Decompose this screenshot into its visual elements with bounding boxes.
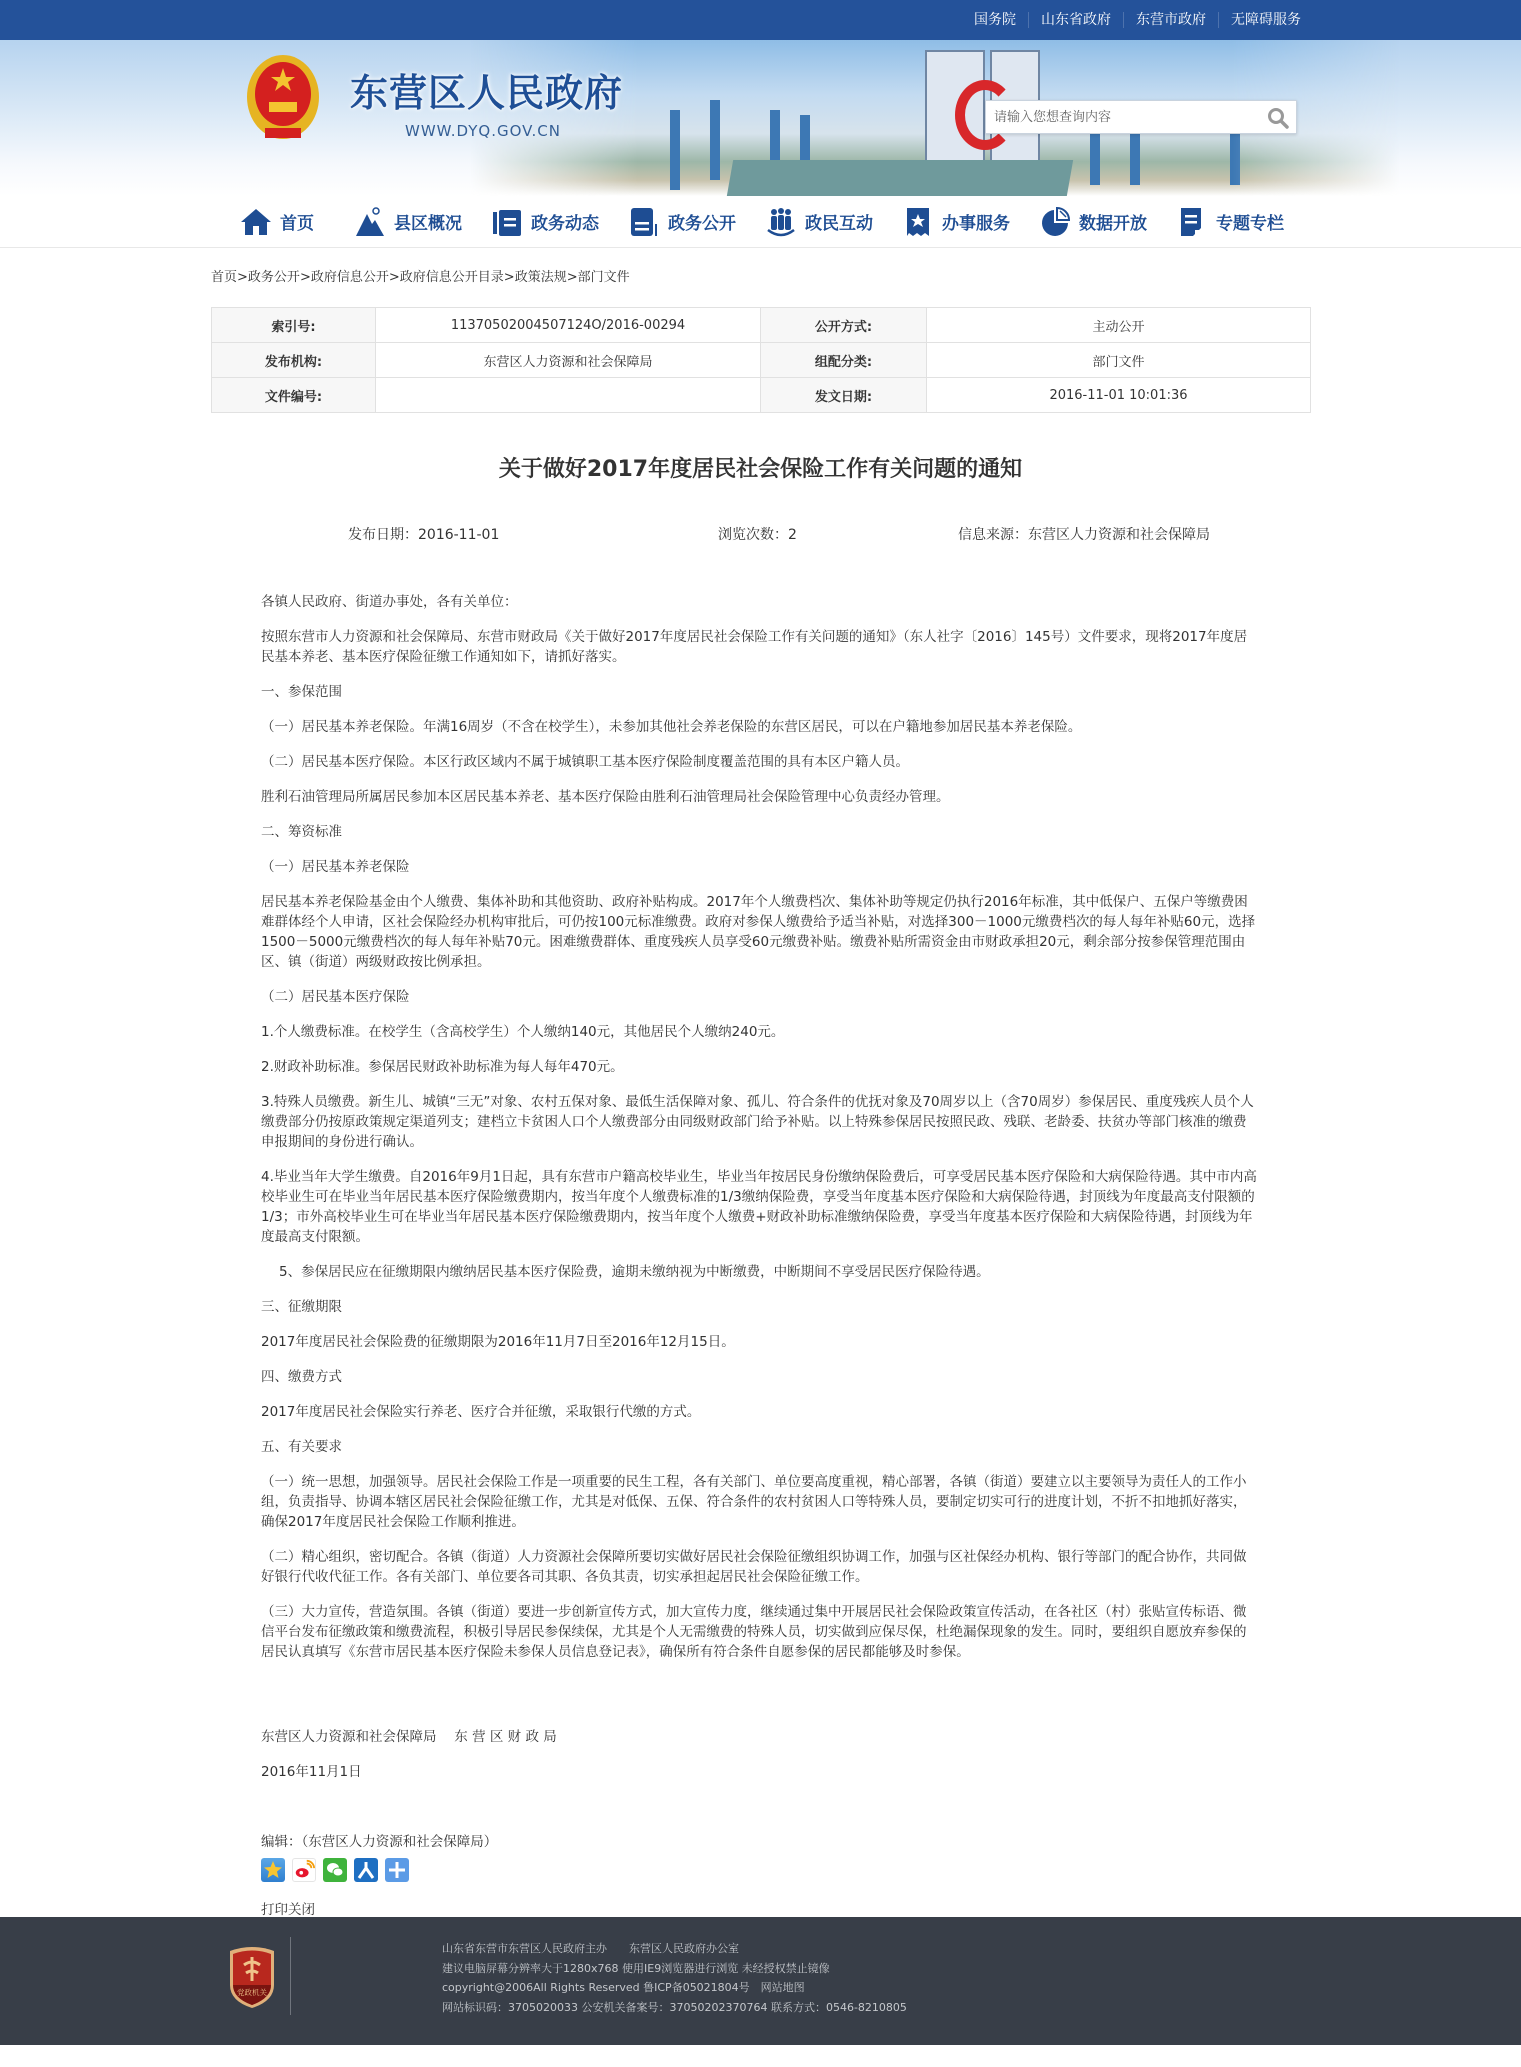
footer-line: 网站标识码：3705020033 公安机关备案号：37050202370764 …	[442, 1998, 907, 2018]
meta-value: 东营区人力资源和社会保障局	[376, 343, 761, 378]
section-heading: 四、缴费方式	[261, 1367, 1259, 1387]
national-emblem-icon	[243, 52, 323, 142]
qzone-icon[interactable]	[261, 1858, 285, 1882]
search-input[interactable]	[986, 101, 1256, 133]
footer: 党政机关 山东省东营市东营区人民政府主办 东营区人民政府办公室 建议电脑屏幕分辨…	[0, 1917, 1521, 2045]
info-source: 信息来源：东营区人力资源和社会保障局	[958, 524, 1210, 544]
pillar-shape	[670, 110, 680, 190]
table-row: 文件编号: 发文日期: 2016-11-01 10:01:36	[212, 378, 1311, 413]
nav-item-services[interactable]: 办事服务	[902, 196, 1039, 248]
pie-chart-icon	[1039, 206, 1071, 238]
site-url: WWW.DYQ.GOV.CN	[405, 122, 561, 140]
breadcrumb-link[interactable]: 政策法规	[515, 270, 567, 285]
breadcrumb: 首页>政务公开>政府信息公开>政府信息公开目录>政策法规>部门文件	[211, 266, 630, 285]
section-heading: 五、有关要求	[261, 1437, 1259, 1457]
article-title: 关于做好2017年度居民社会保险工作有关问题的通知	[0, 452, 1521, 483]
paragraph: 按照东营市人力资源和社会保障局、东营市财政局《关于做好2017年度居民社会保险工…	[261, 627, 1259, 667]
top-links: 国务院 山东省政府 东营市政府 无障碍服务	[962, 0, 1313, 40]
breadcrumb-link[interactable]: 首页	[211, 270, 237, 285]
meta-key: 发布机构:	[212, 343, 376, 378]
paragraph: （一）居民基本养老保险。年满16周岁（不含在校学生），未参加其他社会养老保险的东…	[261, 717, 1259, 737]
section-heading: 二、筹资标准	[261, 822, 1259, 842]
paragraph: （三）大力宣传，营造氛围。各镇（街道）要进一步创新宣传方式，加大宣传力度，继续通…	[261, 1602, 1259, 1662]
footer-line: 建议电脑屏幕分辨率大于1280x768 使用IE9浏览器进行浏览 未经授权禁止镜…	[442, 1959, 907, 1979]
nav-item-home[interactable]: 首页	[240, 196, 354, 248]
nav-item-open-data[interactable]: 数据开放	[1039, 196, 1176, 248]
nav-item-label: 政务动态	[531, 209, 599, 234]
signatory: 东营区人力资源和社会保障局 东 营 区 财 政 局	[261, 1725, 557, 1745]
meta-value	[376, 378, 761, 413]
breadcrumb-link[interactable]: 政务公开	[248, 270, 300, 285]
meta-key: 组配分类:	[761, 343, 927, 378]
breadcrumb-separator: >	[567, 270, 578, 285]
nav-item-label: 首页	[280, 209, 314, 234]
paragraph: （二）居民基本医疗保险。本区行政区域内不属于城镇职工基本医疗保险制度覆盖范围的具…	[261, 752, 1259, 772]
svg-text:党政机关: 党政机关	[237, 1987, 267, 1997]
meta-value: 2016-11-01 10:01:36	[927, 378, 1311, 413]
meta-key: 索引号:	[212, 308, 376, 343]
nav-item-label: 数据开放	[1079, 209, 1147, 234]
news-icon	[491, 206, 523, 238]
paragraph: 居民基本养老保险基金由个人缴费、集体补助和其他资助、政府补贴构成。2017年个人…	[261, 892, 1259, 972]
search-icon[interactable]	[1266, 106, 1290, 130]
header-banner: 东营区人民政府 WWW.DYQ.GOV.CN	[0, 40, 1521, 196]
nav-item-label: 办事服务	[942, 209, 1010, 234]
nav-item-interaction[interactable]: 政民互动	[765, 196, 902, 248]
meta-key: 文件编号:	[212, 378, 376, 413]
top-link-accessibility[interactable]: 无障碍服务	[1218, 12, 1313, 28]
nav-item-label: 政务公开	[668, 209, 736, 234]
paragraph: 2.财政补助标准。参保居民财政补助标准为每人每年470元。	[261, 1057, 1259, 1077]
search-box	[985, 100, 1297, 134]
home-icon	[240, 206, 272, 238]
breadcrumb-separator: >	[389, 270, 400, 285]
breadcrumb-link[interactable]: 政府信息公开	[311, 270, 389, 285]
star-ticket-icon	[902, 206, 934, 238]
main-nav: 首页 县区概况 政务动态 政务公开 政民互动 办事服务 数据开放 专题专栏	[0, 196, 1521, 248]
renren-icon[interactable]	[354, 1858, 378, 1882]
pillar-shape	[1090, 130, 1100, 185]
breadcrumb-separator: >	[504, 270, 515, 285]
page-bottom-spacer	[0, 2045, 1521, 2067]
top-link-state-council[interactable]: 国务院	[962, 12, 1028, 28]
breadcrumb-separator: >	[300, 270, 311, 285]
table-row: 发布机构: 东营区人力资源和社会保障局 组配分类: 部门文件	[212, 343, 1311, 378]
people-icon	[765, 206, 797, 238]
paragraph: （二）精心组织，密切配合。各镇（街道）人力资源社会保障所要切实做好居民社会保险征…	[261, 1547, 1259, 1587]
document-icon	[628, 206, 660, 238]
footer-line: 山东省东营市东营区人民政府主办 东营区人民政府办公室	[442, 1939, 907, 1959]
footer-divider	[290, 1937, 291, 2015]
meta-value: 主动公开	[927, 308, 1311, 343]
top-link-shandong-gov[interactable]: 山东省政府	[1028, 12, 1123, 28]
breadcrumb-separator: >	[237, 270, 248, 285]
share-bar	[261, 1858, 409, 1882]
top-link-dongying-gov[interactable]: 东营市政府	[1123, 12, 1218, 28]
paragraph: （一）统一思想，加强领导。居民社会保险工作是一项重要的民生工程，各有关部门、单位…	[261, 1472, 1259, 1532]
section-heading: 一、参保范围	[261, 682, 1259, 702]
paragraph: 1.个人缴费标准。在校学生（含高校学生）个人缴纳140元，其他居民个人缴纳240…	[261, 1022, 1259, 1042]
nav-item-county-overview[interactable]: 县区概况	[354, 196, 491, 248]
pillar-shape	[1130, 130, 1140, 185]
top-bar: 国务院 山东省政府 东营市政府 无障碍服务	[0, 0, 1521, 40]
site-title: 东营区人民政府	[350, 62, 623, 117]
article-body: 各镇人民政府、街道办事处，各有关单位： 按照东营市人力资源和社会保障局、东营市财…	[261, 592, 1259, 1677]
paragraph: 4.毕业当年大学生缴费。自2016年9月1日起，具有东营市户籍高校毕业生，毕业当…	[261, 1167, 1259, 1247]
paragraph: 2017年度居民社会保险实行养老、医疗合并征缴，采取银行代缴的方式。	[261, 1402, 1259, 1422]
wechat-icon[interactable]	[323, 1858, 347, 1882]
paragraph: 各镇人民政府、街道办事处，各有关单位：	[261, 592, 1259, 612]
publish-date: 发布日期：2016-11-01	[348, 524, 499, 544]
table-row: 索引号: 11370502004507124O/2016-00294 公开方式:…	[212, 308, 1311, 343]
footer-text: 山东省东营市东营区人民政府主办 东营区人民政府办公室 建议电脑屏幕分辨率大于12…	[442, 1939, 907, 2017]
weibo-icon[interactable]	[292, 1858, 316, 1882]
paragraph: 胜利石油管理局所属居民参加本区居民基本养老、基本医疗保险由胜利石油管理局社会保险…	[261, 787, 1259, 807]
subsection-heading: （二）居民基本医疗保险	[261, 987, 1259, 1007]
footer-line: copyright@2006All Rights Reserved 鲁ICP备0…	[442, 1978, 907, 1998]
view-count: 浏览次数：2	[718, 524, 797, 544]
mountain-icon	[354, 206, 386, 238]
paragraph: 3.特殊人员缴费。新生儿、城镇“三无”对象、农村五保对象、最低生活保障对象、孤儿…	[261, 1092, 1259, 1152]
more-share-icon[interactable]	[385, 1858, 409, 1882]
document-meta-table: 索引号: 11370502004507124O/2016-00294 公开方式:…	[211, 307, 1311, 413]
meta-key: 发文日期:	[761, 378, 927, 413]
nav-item-gov-openness[interactable]: 政务公开	[628, 196, 765, 248]
section-heading: 三、征缴期限	[261, 1297, 1259, 1317]
meta-key: 公开方式:	[761, 308, 927, 343]
party-gov-badge-icon: 党政机关	[226, 1945, 278, 2009]
nav-item-label: 专题专栏	[1216, 209, 1284, 234]
editor: 编辑：（东营区人力资源和社会保障局）	[261, 1830, 497, 1850]
nav-item-special-topics[interactable]: 专题专栏	[1176, 196, 1313, 248]
subsection-heading: （一）居民基本养老保险	[261, 857, 1259, 877]
fountain-pool	[727, 160, 1073, 196]
breadcrumb-link[interactable]: 部门文件	[578, 270, 630, 285]
paragraph: 5、参保居民应在征缴期限内缴纳居民基本医疗保险费，逾期未缴纳视为中断缴费，中断期…	[261, 1262, 1259, 1282]
breadcrumb-link[interactable]: 政府信息公开目录	[400, 270, 504, 285]
nav-item-gov-news[interactable]: 政务动态	[491, 196, 628, 248]
sign-date: 2016年11月1日	[261, 1760, 362, 1780]
meta-value: 部门文件	[927, 343, 1311, 378]
print-close-link[interactable]: 打印关闭	[261, 1898, 315, 1918]
nav-item-label: 县区概况	[394, 209, 462, 234]
meta-value: 11370502004507124O/2016-00294	[376, 308, 761, 343]
pillar-shape	[710, 100, 720, 180]
paragraph: 2017年度居民社会保险费的征缴期限为2016年11月7日至2016年12月15…	[261, 1332, 1259, 1352]
nav-item-label: 政民互动	[805, 209, 873, 234]
page-icon	[1176, 206, 1208, 238]
